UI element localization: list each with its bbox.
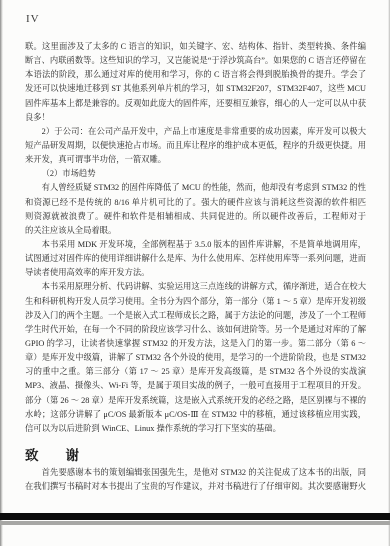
- scan-bottom-bar-black: [0, 513, 390, 520]
- text-line: 部分（第 26 ～ 28 章）是库开发系统篇，这是嵌入式系统开发的必经之路，是区…: [25, 394, 366, 408]
- text-line: 有人曾经质疑 STM32 的固件库降低了 MCU 的性能，然而，他却没有考虑到 …: [25, 181, 366, 195]
- text-line: 发还可以快速地迁移到 ST 其他系列单片机的学习，如 STM32F207，STM…: [25, 82, 366, 96]
- text-line: MP3、液晶、摄像头、Wi-Fi 等，是属于项目实战的例子，一般可直接用于工程项…: [25, 379, 366, 393]
- section-heading-acknowledgements: 致 谢: [25, 447, 79, 465]
- text-line: 来开发，真可谓事半功倍，一箭双雕。: [25, 153, 366, 167]
- text-line: 短产品研发周期，以便快速抢占市场。而且库让程序的维护成本更低，程序的升级更快捷。…: [25, 139, 366, 153]
- text-line: 的关注应该从全局着眼。: [25, 224, 366, 238]
- text-line: 断言、内联函数等。这些知识的学习，又岂能说是“于浮沙筑高台”。如果您的 C 语言…: [25, 54, 366, 68]
- text-line: （2）市场趋势: [25, 167, 366, 181]
- text-line: 则资源就被浪费了。硬件和软件是相辅相成、共同促进的。所以硬件改善后，工程师对于 …: [25, 210, 366, 224]
- text-line: GPIO 的学习，让读者快速掌握 STM32 的开发方法，这是入门的第一步。第二…: [25, 337, 366, 351]
- text-line: 首先要感谢本书的策划编辑张国强先生，是他对 STM32 的关注促成了这本书的出版…: [25, 466, 366, 480]
- page-number: IV: [26, 13, 40, 25]
- book-page: IV 联。这里面涉及了太多的 C 语言的知识，如关键字、宏、结构体、指针、类型转…: [0, 0, 390, 546]
- text-line: 水岭；这部分讲解了 μC/OS 最新版本 μC/OS-Ⅲ 在 STM32 中的移…: [25, 408, 366, 422]
- text-line: 学生时代开始，在每一个不同的阶段应该学习什么、该如何进阶等。另一个是通过对库的了…: [25, 323, 366, 337]
- text-line: 2）于公司：在公司产品开发中，产品上市速度是非常重要的成功因素，库开发可以极大地…: [25, 125, 366, 139]
- text-line: 导读者使用高效率的库开发方法。: [25, 266, 366, 280]
- acknowledgement-text: 首先要感谢本书的策划编辑张国强先生，是他对 STM32 的关注促成了这本书的出版…: [25, 466, 366, 494]
- body-text: 联。这里面涉及了太多的 C 语言的知识，如关键字、宏、结构体、指针、类型转换、条…: [25, 40, 366, 436]
- text-line: 本书采用 MDK 开发环境，全部例程基于 3.5.0 版本的固件库讲解，不是简单…: [25, 238, 366, 252]
- scan-bottom-bar-gray: [0, 521, 390, 525]
- text-line: 在我们撰写书稿时对本书提出了宝贵的写作建议，并对书稿进行了仔细审阅。其次要感谢野…: [25, 480, 366, 494]
- text-line: 试图通过对固件库的使用详细讲解什么是库、为什么使用库、怎样使用库等一系列问题，进…: [25, 252, 366, 266]
- scan-edge-left: [0, 0, 3, 546]
- text-line: 固件库基本上都是兼容的。反观如此庞大的固件库，还要相互兼容，细心的人一定可以从中…: [25, 97, 366, 111]
- text-line: 本语法的阶段，那么通过对库的使用和学习，你的 C 语言将会得到脱胎换骨的提升。学…: [25, 68, 366, 82]
- text-line: 良多！: [25, 111, 366, 125]
- text-line: 联。这里面涉及了太多的 C 语言的知识，如关键字、宏、结构体、指针、类型转换、条…: [25, 40, 366, 54]
- text-line: 本书采用原理分析、代码讲解、实验运用这三点连线的讲解方式，循序渐进，适合在校大学: [25, 280, 366, 294]
- text-line: 涉及入门的两个主题。一个是嵌入式工程师成长之路，属于方法论的问题，涉及了一个工程…: [25, 309, 366, 323]
- text-line: 习的重中之重。第三部分（第 17 ～ 25 章）是库开发高级篇，是 STM32 …: [25, 365, 366, 379]
- text-line: 生和科研机构开发人员学习使用。全书分为四个部分，第一部分（第 1 ～ 5 章）是…: [25, 295, 366, 309]
- text-line: 章）是库开发中级篇，讲解了 STM32 各个外设的使用，是学习的一个进阶阶段，也…: [25, 351, 366, 365]
- text-line: 和资源已经不是传统的 8/16 单片机可比的了。强大的硬件应该与消耗这些资源的软…: [25, 196, 366, 210]
- text-line: 信可以为以后进阶到 WinCE、Linux 操作系统的学习打下坚实的基础。: [25, 422, 366, 436]
